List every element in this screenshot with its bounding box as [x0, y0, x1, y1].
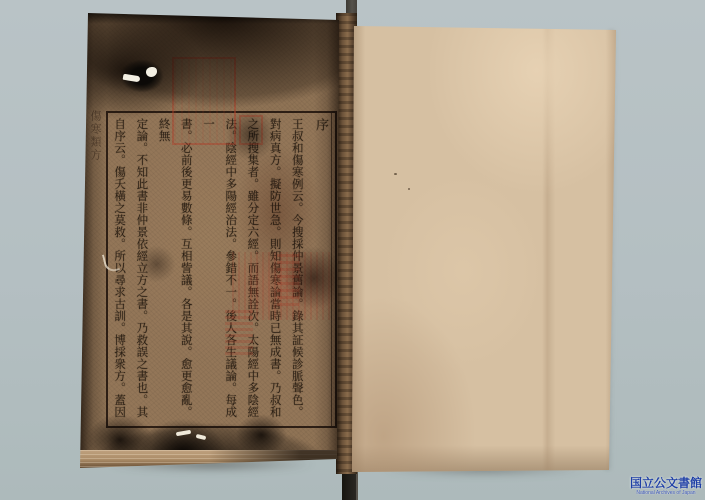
text-column: 對病真方。擬防世急。則知傷寒論當時已無成書。乃叔和 [264, 118, 286, 421]
damage-hole-highlight [123, 74, 141, 83]
cover-title-label: 傷寒類方 [87, 110, 103, 210]
damage-hole-highlight [146, 67, 157, 77]
text-column: 定論。不知此書非仲景依經立方之書。乃救誤之書也。其 [131, 118, 153, 421]
watermark: 国立公文書館 National Archives of Japan [628, 477, 704, 496]
paper-fleck [176, 430, 191, 437]
left-page: 傷寒類方 序 王叔和傷寒例云。今搜採仲景舊論。錄其証候診脈聲色。 對病真方。擬防… [78, 10, 340, 472]
text-block: 序 王叔和傷寒例云。今搜採仲景舊論。錄其証候診脈聲色。 對病真方。擬防世急。則知… [106, 111, 337, 428]
text-column: 王叔和傷寒例云。今搜採仲景舊論。錄其証候診脈聲色。 [287, 118, 309, 421]
paper-fleck [196, 434, 207, 440]
text-column: 法。陰經中多陽經治法。參錯不一。後人各生議論。每成一 [198, 118, 242, 421]
watermark-subtitle: National Archives of Japan [628, 490, 704, 496]
text-columns: 序 王叔和傷寒例云。今搜採仲景舊論。錄其証候診脈聲色。 對病真方。擬防世急。則知… [108, 113, 335, 426]
text-column: 書。必前後更易數條。互相訾議。各是其說。愈更愈亂。終無 [153, 118, 197, 421]
scan-viewport: 傷寒類方 序 王叔和傷寒例云。今搜採仲景舊論。錄其証候診脈聲色。 對病真方。擬防… [0, 0, 705, 500]
damage-hole [113, 54, 171, 98]
paper-speck [394, 173, 397, 175]
watermark-title: 国立公文書館 [628, 477, 704, 490]
paper-speck [408, 188, 410, 190]
text-column: 之所搜集者。雖分定六經。而語無詮次。太陽經中多陰經 [242, 118, 264, 421]
preface-heading: 序 [309, 118, 331, 421]
right-page [352, 26, 616, 472]
